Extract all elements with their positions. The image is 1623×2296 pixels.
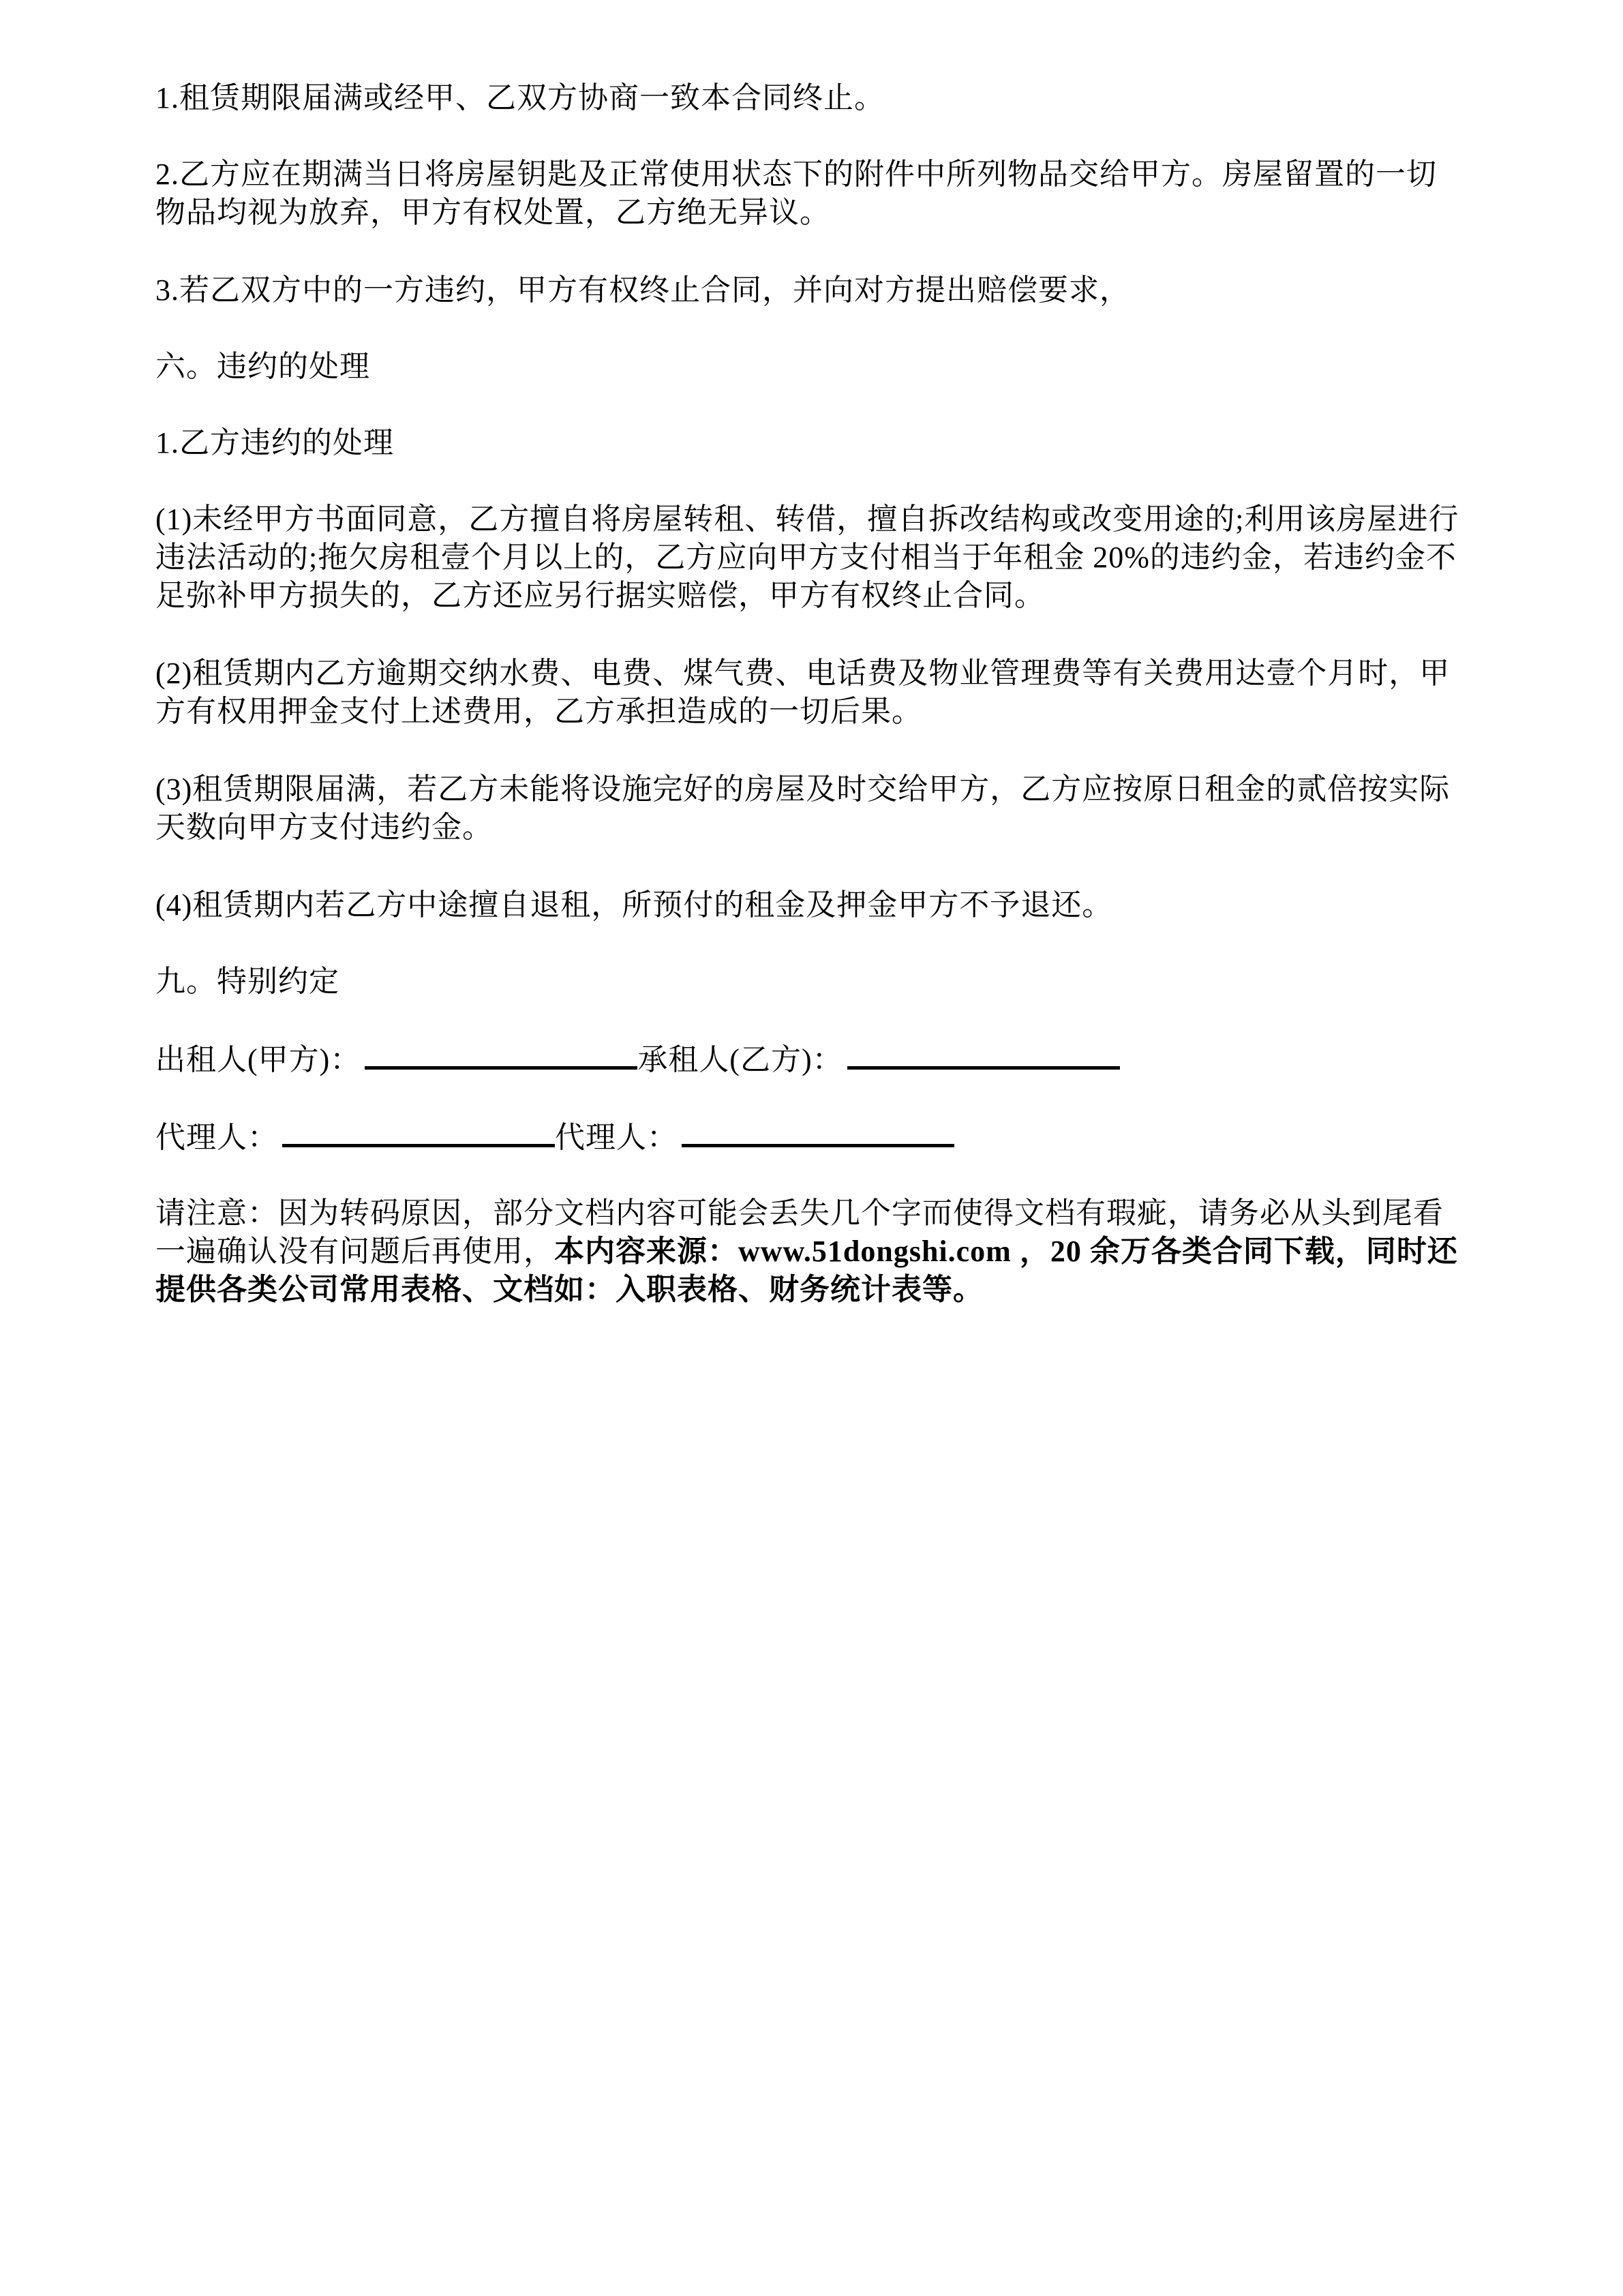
clause-4: (4)租赁期内若乙方中途擅自退租，所预付的租金及押金甲方不予退还。 (155, 886, 1112, 924)
notice-line2-normal: 一遍确认没有问题后再使用， (155, 1235, 554, 1268)
clause-2-line2: 方有权用押金支付上述费用，乙方承担造成的一切后果。 (155, 693, 922, 731)
clause-1-line3: 足弥补甲方损失的，乙方还应另行据实赔偿，甲方有权终止合同。 (155, 577, 1045, 615)
paragraph-termination-2-line1: 2.乙方应在期满当日将房屋钥匙及正常使用状态下的附件中所列物品交给甲方。房屋留置… (155, 155, 1437, 194)
subsection-heading-lessee-breach: 1.乙方违约的处理 (155, 424, 394, 462)
notice-source-link-text: 本内容来源：www.51dongshi.com ，20 余万各类合同下载，同时还 (554, 1235, 1458, 1268)
lessee-label: 承租人(乙方)： (637, 1043, 843, 1076)
lessor-signature-blank[interactable] (365, 1039, 637, 1070)
paragraph-termination-3: 3.若乙双方中的一方违约，甲方有权终止合同，并向对方提出赔偿要求， (155, 271, 1130, 309)
clause-2-line1: (2)租赁期内乙方逾期交纳水费、电费、煤气费、电话费及物业管理费等有关费用达壹个… (155, 654, 1450, 693)
lessee-signature-blank[interactable] (847, 1039, 1120, 1070)
agent1-label: 代理人： (155, 1121, 278, 1154)
clause-1-line1: (1)未经甲方书面同意，乙方擅自将房屋转租、转借，擅自拆改结构或改变用途的;利用… (155, 500, 1459, 539)
section-heading-breach: 六。违约的处理 (155, 348, 370, 386)
paragraph-termination-2-line2: 物品均视为放弃，甲方有权处置，乙方绝无异议。 (155, 194, 830, 232)
paragraph-termination-1: 1.租赁期限届满或经甲、乙双方协商一致本合同终止。 (155, 79, 885, 117)
clause-1-line2: 违法活动的;拖欠房租壹个月以上的，乙方应向甲方支付相当于年租金 20%的违约金，… (155, 539, 1457, 577)
agent1-signature-blank[interactable] (282, 1117, 555, 1147)
signature-row-agents: 代理人：代理人： (155, 1117, 954, 1157)
notice-line2: 一遍确认没有问题后再使用，本内容来源：www.51dongshi.com ，20… (155, 1233, 1458, 1271)
agent2-label: 代理人： (555, 1121, 678, 1154)
signature-row-parties: 出租人(甲方)：承租人(乙方)： (155, 1039, 1120, 1079)
clause-3-line2: 天数向甲方支付违约金。 (155, 809, 493, 847)
lessor-label: 出租人(甲方)： (155, 1043, 361, 1076)
notice-line3: 提供各类公司常用表格、文档如：入职表格、财务统计表等。 (155, 1271, 984, 1309)
agent2-signature-blank[interactable] (682, 1117, 954, 1147)
notice-line1: 请注意：因为转码原因，部分文档内容可能会丢失几个字而使得文档有瑕疵，请务必从头到… (155, 1194, 1444, 1233)
clause-3-line1: (3)租赁期限届满，若乙方未能将设施完好的房屋及时交给甲方，乙方应按原日租金的贰… (155, 770, 1450, 809)
section-heading-special-terms: 九。特别约定 (155, 963, 339, 1001)
